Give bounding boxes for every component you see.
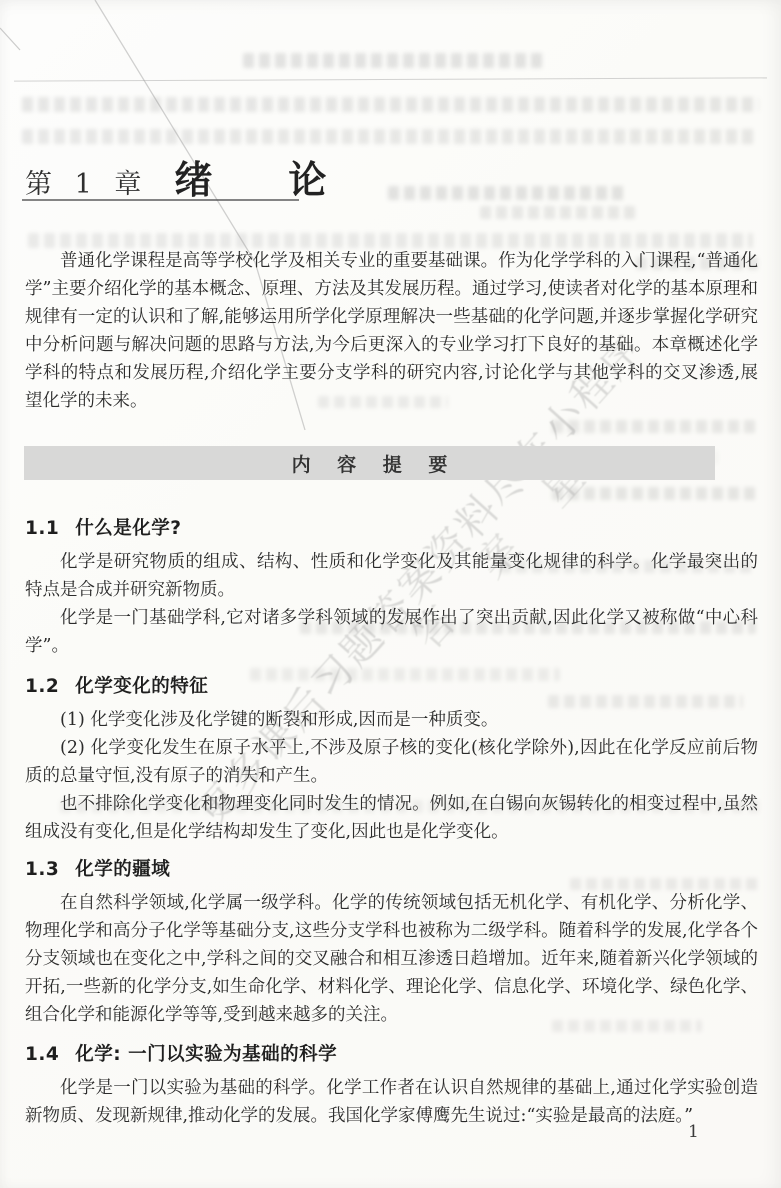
header-rule xyxy=(14,77,767,81)
section-number: 1.2 xyxy=(25,676,59,697)
chapter-title-underline xyxy=(22,199,299,201)
section-heading: 1.4化学: 一门以实验为基础的科学 xyxy=(25,1040,758,1066)
section-paragraph: (2) 化学变化发生在原子水平上,不涉及原子核的变化(核化学除外),因此在化学反… xyxy=(25,734,758,790)
section-1-4: 1.4化学: 一门以实验为基础的科学 化学是一门以实验为基础的科学。化学工作者在… xyxy=(25,1040,758,1130)
section-heading: 1.1什么是化学? xyxy=(25,514,758,540)
section-1-2: 1.2化学变化的特征 (1) 化学变化涉及化学键的断裂和形成,因而是一种质变。 … xyxy=(25,672,758,846)
intro-paragraph: 普通化学课程是高等学校化学及相关专业的重要基础课。作为化学学科的入门课程,“普通… xyxy=(25,247,758,415)
section-heading: 1.2化学变化的特征 xyxy=(25,672,758,698)
section-1-1: 1.1什么是化学? 化学是研究物质的组成、结构、性质和化学变化及其能量变化规律的… xyxy=(25,514,758,660)
section-1-3: 1.3化学的疆域 在自然科学领域,化学属一级学科。化学的传统领域包括无机化学、有… xyxy=(25,855,758,1029)
section-paragraph: 化学是一门基础学科,它对诸多学科领域的发展作出了突出贡献,因此化学又被称做“中心… xyxy=(25,604,758,660)
section-heading: 1.3化学的疆域 xyxy=(25,855,758,881)
section-title: 化学的疆域 xyxy=(75,859,170,880)
section-number: 1.3 xyxy=(25,859,59,880)
section-paragraph: 化学是研究物质的组成、结构、性质和化学变化及其能量变化规律的科学。化学最突出的特… xyxy=(25,548,758,604)
section-title: 化学变化的特征 xyxy=(75,676,208,697)
bleedthrough-ghost xyxy=(552,420,757,433)
section-paragraph: 化学是一门以实验为基础的科学。化学工作者在认识自然规律的基础上,通过化学实验创造… xyxy=(25,1074,758,1130)
section-number: 1.4 xyxy=(25,1044,59,1065)
bleedthrough-ghost xyxy=(28,233,753,248)
chapter-title-char: 绪 xyxy=(174,149,212,204)
bleedthrough-ghost xyxy=(480,206,635,219)
chapter-title-char: 论 xyxy=(288,149,326,204)
content-summary-banner-title: 内 容 提 要 xyxy=(282,450,458,477)
scanned-textbook-page: 更多课后习题答案资料尽在小程序 答案星 第 1 章 绪 论 普通化学课程是高等学… xyxy=(0,0,781,1188)
section-number: 1.1 xyxy=(25,518,59,539)
bleedthrough-ghost xyxy=(388,186,628,200)
bleedthrough-ghost xyxy=(22,129,757,144)
bleedthrough-ghost xyxy=(243,53,543,68)
bleedthrough-ghost xyxy=(22,97,759,112)
content-summary-banner: 内 容 提 要 xyxy=(24,446,715,480)
section-paragraph: 也不排除化学变化和物理变化同时发生的情况。例如,在白锡向灰锡转化的相变过程中,虽… xyxy=(25,790,758,846)
section-paragraph: (1) 化学变化涉及化学键的断裂和形成,因而是一种质变。 xyxy=(25,706,758,734)
section-paragraph: 在自然科学领域,化学属一级学科。化学的传统领域包括无机化学、有机化学、分析化学、… xyxy=(25,889,758,1029)
page-number: 1 xyxy=(688,1122,699,1142)
section-title: 什么是化学? xyxy=(75,518,181,539)
chapter-title: 第 1 章 绪 论 xyxy=(25,149,326,204)
chapter-label: 第 1 章 xyxy=(25,162,148,201)
section-title: 化学: 一门以实验为基础的科学 xyxy=(75,1044,337,1065)
bleedthrough-ghost xyxy=(552,487,760,500)
